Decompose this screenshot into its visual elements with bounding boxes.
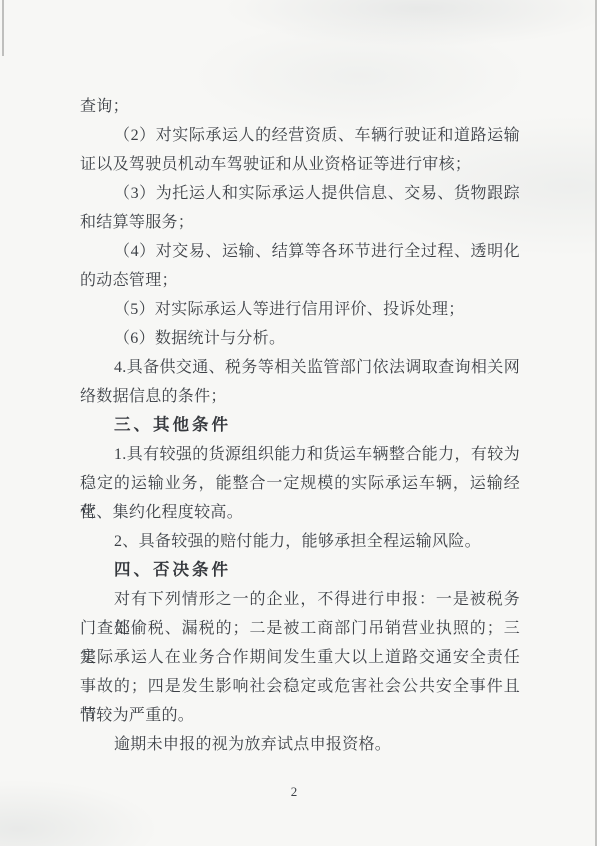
text-line: （2）对实际承运人的经营资质、车辆行驶证和道路运输 [80,121,520,150]
text-line: 4.具备供交通、税务等相关监管部门依法调取查询相关网 [80,353,520,382]
text-line: 化、集约化程度较高。 [80,498,520,527]
section-heading: 四、否决条件 [80,556,520,585]
text-line: 门查处偷税、漏税的；二是被工商部门吊销营业执照的；三是 [80,614,520,643]
text-line: 和结算等服务； [80,208,520,237]
text-line: （5）对实际承运人等进行信用评价、投诉处理； [80,295,520,324]
scan-edge-line-right [595,0,597,846]
scanned-document-page: 查询；（2）对实际承运人的经营资质、车辆行驶证和道路运输证以及驾驶员机动车驾驶证… [0,0,600,846]
text-line: 稳定的运输业务，能整合一定规模的实际承运车辆，运输经营 [80,469,520,498]
text-line: 对有下列情形之一的企业，不得进行申报：一是被税务部 [80,585,520,614]
text-line: （6）数据统计与分析。 [80,324,520,353]
text-line: 节较为严重的。 [80,701,520,730]
text-line: 络数据信息的条件； [80,382,520,411]
text-line: （3）为托运人和实际承运人提供信息、交易、货物跟踪 [80,179,520,208]
text-line: 查询； [80,92,520,121]
section-heading: 三、其他条件 [80,411,520,440]
text-line: 实际承运人在业务合作期间发生重大以上道路交通安全责任 [80,643,520,672]
text-line: 的动态管理； [80,266,520,295]
text-line: （4）对交易、运输、结算等各环节进行全过程、透明化 [80,237,520,266]
text-line: 逾期未申报的视为放弃试点申报资格。 [80,730,520,759]
text-line: 2、具备较强的赔付能力，能够承担全程运输风险。 [80,527,520,556]
text-line: 1.具有较强的货源组织能力和货运车辆整合能力，有较为 [80,440,520,469]
text-line: 证以及驾驶员机动车驾驶证和从业资格证等进行审核； [80,150,520,179]
text-line: 事故的；四是发生影响社会稳定或危害社会公共安全事件且情 [80,672,520,701]
page-number: 2 [80,782,508,802]
scan-edge-line-left [2,0,4,56]
document-body: 查询；（2）对实际承运人的经营资质、车辆行驶证和道路运输证以及驾驶员机动车驾驶证… [80,92,520,759]
